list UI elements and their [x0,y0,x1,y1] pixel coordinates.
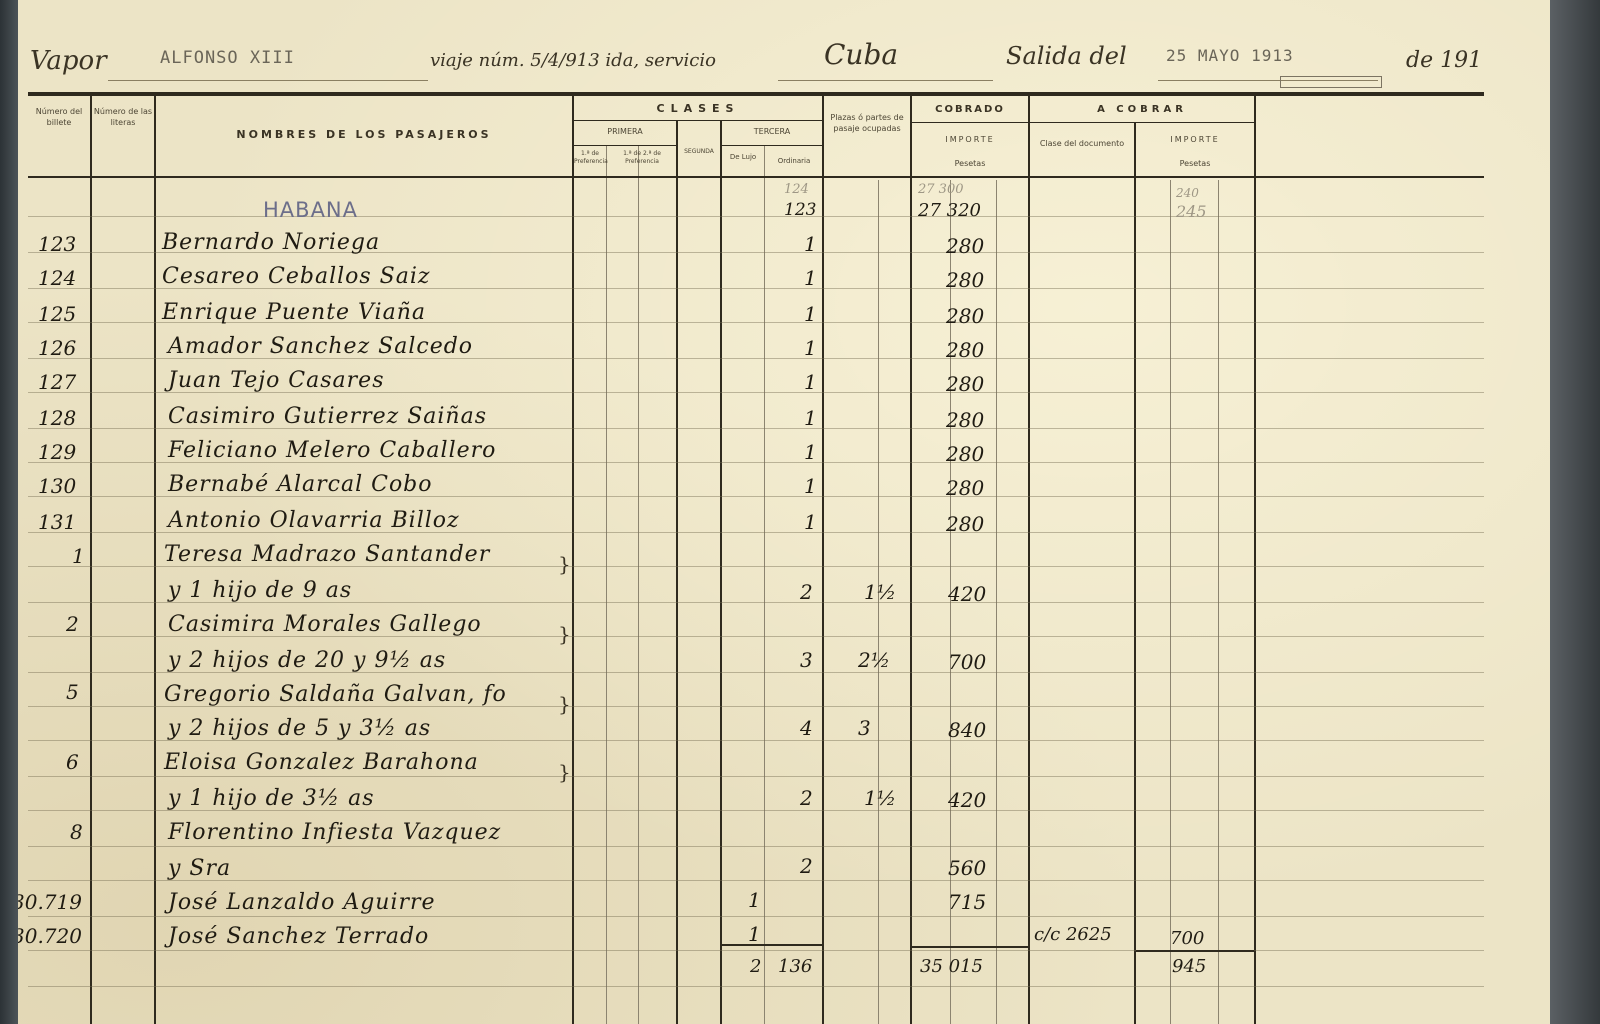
cobrado-amount: 715 [948,890,986,914]
col-cobrado: COBRADO [912,104,1028,115]
passenger-name: y 2 hijos de 5 y 3½ as [168,716,431,741]
col-divider [1254,96,1256,1024]
ruled-line [28,950,1484,951]
billete-number: 125 [38,302,76,326]
billete-number: 2 [66,612,79,636]
plazas-value: 1½ [864,786,896,810]
cobrado-amount: 280 [946,268,984,292]
primera-subrule [574,145,676,146]
cobrado-amount: 280 [946,234,984,258]
col-primera-sub2: 1.ª de 2.ª de Preferencia [608,150,676,166]
ruled-line [28,776,1484,777]
passenger-name: Juan Tejo Casares [168,368,385,393]
tercera-count: 2 [800,786,813,810]
col-primera-sub1: 1.ª de Preferencia [574,150,606,166]
passenger-name: Enrique Puente Viaña [162,300,426,325]
tercera-count: 3 [800,648,813,672]
total-a-cobrar: 945 [1172,956,1206,977]
passenger-name: y 1 hijo de 3½ as [168,786,375,811]
brace-icon: } [558,622,571,646]
vessel-rule [108,80,428,81]
cobrado-amount: 280 [946,338,984,362]
col-a-cobrar-pesetas: Pesetas [1136,158,1254,169]
col-a-cobrar-importe: IMPORTE [1136,134,1254,145]
billete-number: 6 [66,750,79,774]
billete-number: 128 [38,406,76,430]
plazas-value: 1½ [864,580,896,604]
col-plazas: Plazas ó partes de pasaje ocupadas [824,112,910,134]
a-cobrar-carried: 245 [1176,202,1207,221]
cobrado-amount: 420 [948,788,986,812]
viewer-frame-right [1550,0,1600,1024]
servicio-rule [778,80,993,81]
billete-number: 131 [38,510,76,534]
billete-number: 123 [38,232,76,256]
passenger-name: Casimira Morales Gallego [168,612,482,637]
total-rule [1136,950,1254,952]
clase-documento-value: c/c 2625 [1034,924,1112,945]
passenger-name: Amador Sanchez Salcedo [168,334,473,359]
col-divider [1134,122,1136,1024]
billete-number: 1 [72,544,85,568]
passenger-name: Bernardo Noriega [162,230,380,255]
brace-icon: } [558,552,571,576]
ruled-line [28,986,1484,987]
col-divider [822,96,824,1024]
ruled-line [28,846,1484,847]
col-divider [154,96,156,1024]
col-tercera: TERCERA [722,126,822,137]
brace-icon: } [558,760,571,784]
billete-number: 30.720 [18,924,82,948]
total-cobrado: 35 015 [920,956,983,977]
col-a-cobrar: A COBRAR [1030,104,1254,115]
passenger-name: José Lanzaldo Aguirre [168,890,436,915]
cobrado-amount: 420 [948,582,986,606]
col-divider [1028,96,1030,1024]
cobrado-amount: 280 [946,372,984,396]
passenger-name: Teresa Madrazo Santander [164,542,490,567]
passenger-name: Eloisa Gonzalez Barahona [164,750,479,775]
ruled-line [28,880,1484,881]
tercera-count: 1 [804,510,817,534]
tercera-count: 1 [804,474,817,498]
tercera-lujo-count: 1 [748,888,761,912]
ruled-line [28,916,1484,917]
total-tercera-lujo: 2 [750,956,761,977]
brace-icon: } [558,692,571,716]
billete-number: 126 [38,336,76,360]
header-bottom-border [28,176,1484,178]
col-divider [676,120,678,1024]
ledger-page: Vapor ALFONSO XIII viaje núm. 5/4/913 id… [18,0,1550,1024]
total-rule [722,944,822,946]
col-divider [720,120,722,1024]
passenger-name: Feliciano Melero Caballero [168,438,496,463]
total-rule [912,946,1028,948]
passenger-name: y 1 hijo de 9 as [168,578,352,603]
col-cobrado-pesetas: Pesetas [912,158,1028,169]
clases-subrule [574,120,822,121]
tercera-prev: 124 [784,182,809,197]
billete-number: 5 [66,680,79,704]
passenger-name: Bernabé Alarcal Cobo [168,472,433,497]
passenger-name: Florentino Infiesta Vazquez [168,820,501,845]
cobrar-subrule [912,122,1254,123]
cobrado-amount: 280 [946,442,984,466]
table-top-border [28,92,1484,96]
tercera-subrule [722,145,822,146]
tercera-count: 1 [804,406,817,430]
tercera-count: 2 [800,580,813,604]
col-divider-thin [764,145,765,1024]
col-numero-billete: Número del billete [28,106,90,128]
tercera-count: 1 [804,336,817,360]
a-cobrar-amount: 700 [1170,928,1204,949]
tercera-count: 1 [804,302,817,326]
cobrado-amount: 560 [948,856,986,880]
total-tercera-ordinaria: 136 [778,956,812,977]
tercera-count: 2 [800,854,813,878]
plazas-value: 2½ [858,648,890,672]
cobrado-prev: 27 300 [918,182,964,197]
col-segunda: SEGUNDA [678,146,720,157]
cobrado-amount: 840 [948,718,986,742]
tercera-count: 1 [804,232,817,256]
billete-number: 30.719 [18,890,82,914]
small-stamp-box [1280,76,1382,88]
col-cobrado-importe: IMPORTE [912,134,1028,145]
billete-number: 8 [70,820,83,844]
col-divider [910,96,912,1024]
passenger-name: José Sanchez Terrado [168,924,429,949]
col-divider-thin [638,145,639,1024]
tercera-count: 4 [800,716,813,740]
tercera-count: 1 [804,266,817,290]
cobrado-carried: 27 320 [918,200,981,221]
tercera-count: 1 [804,440,817,464]
passenger-name: Antonio Olavarria Billoz [168,508,460,533]
tercera-carried: 123 [784,200,816,220]
col-clases: CLASES [574,102,822,115]
billete-number: 127 [38,370,76,394]
habana-stamp: HABANA [263,198,358,222]
a-cobrar-prev: 240 [1176,186,1199,200]
billete-number: 130 [38,474,76,498]
tercera-lujo-count: 1 [748,922,761,946]
passenger-name: Casimiro Gutierrez Saiñas [168,404,487,429]
col-divider [90,96,92,1024]
ruled-line [28,216,1484,217]
viewer-frame-left [0,0,18,1024]
passenger-name: Gregorio Saldaña Galvan, fo [164,682,507,707]
billete-number: 129 [38,440,76,464]
cobrado-amount: 280 [946,408,984,432]
col-clase-documento: Clase del documento [1030,138,1134,149]
cobrado-amount: 700 [948,650,986,674]
col-tercera-lujo: De Lujo [722,152,764,163]
passenger-name: y 2 hijos de 20 y 9½ as [168,648,446,673]
col-divider [572,96,574,1024]
cobrado-amount: 280 [946,476,984,500]
col-numero-literas: Número de las literas [92,106,154,128]
col-divider-thin [606,145,607,1024]
col-nombres: NOMBRES DE LOS PASAJEROS [156,128,572,141]
cobrado-amount: 280 [946,304,984,328]
tercera-count: 1 [804,370,817,394]
billete-number: 124 [38,266,76,290]
passenger-name: Cesareo Ceballos Saiz [162,264,431,289]
cobrado-amount: 280 [946,512,984,536]
col-tercera-ordinaria: Ordinaria [766,156,822,167]
col-primera: PRIMERA [574,126,676,137]
passenger-name: y Sra [168,856,231,881]
plazas-value: 3 [858,716,871,740]
